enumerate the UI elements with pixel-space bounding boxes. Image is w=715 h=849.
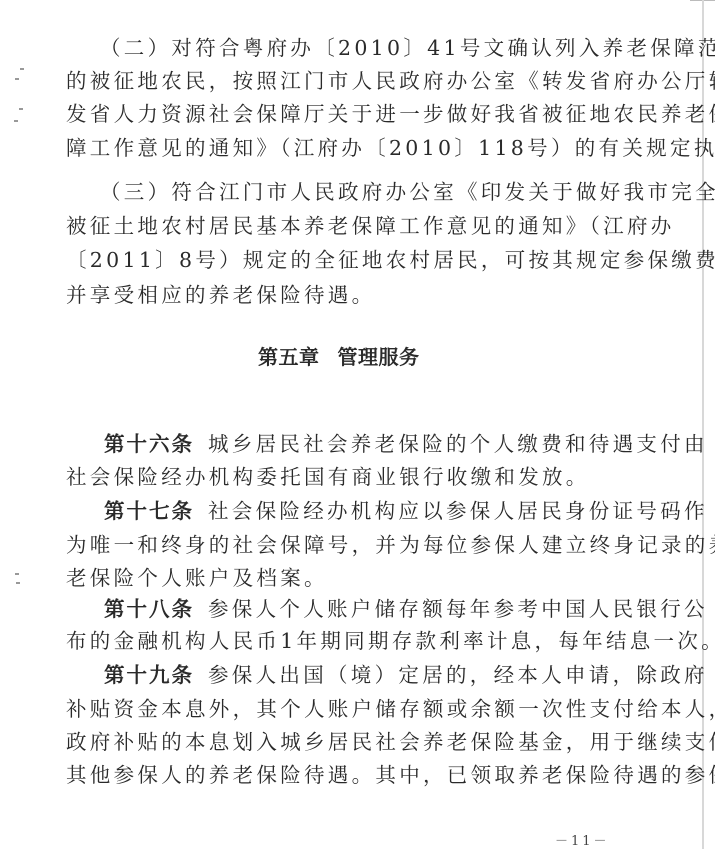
article-17-label: 第十七条 (104, 499, 194, 523)
article-18-line-2: 布的金融机构人民币1年期同期存款利率计息，每年结息一次。 (66, 626, 626, 656)
article-18-label: 第十八条 (104, 597, 194, 621)
scan-mark (15, 78, 19, 80)
paragraph-3-line-3: 〔2011〕8号）规定的全征地农村居民，可按其规定参保缴费， (66, 245, 626, 275)
paragraph-2-line-1: （二）对符合粤府办〔2010〕41号文确认列入养老保障范围 (100, 33, 622, 63)
page-number: －11－ (555, 830, 610, 849)
chapter-title: 管理服务 (338, 345, 420, 369)
article-16-label: 第十六条 (104, 432, 194, 456)
article-19-line-4: 其他参保人的养老保险待遇。其中，已领取养老保险待遇的参保 (66, 760, 626, 790)
scan-mark (15, 573, 19, 575)
scan-mark (16, 582, 20, 584)
article-19-text: 参保人出国（境）定居的，经本人申请，除政府 (208, 663, 708, 687)
paragraph-2-line-2: 的被征地农民，按照江门市人民政府办公室《转发省府办公厅转 (66, 66, 626, 96)
article-19-line-1: 第十九条参保人出国（境）定居的，经本人申请，除政府 (104, 660, 626, 690)
paragraph-3-line-1: （三）符合江门市人民政府办公室《印发关于做好我市完全 (100, 177, 622, 207)
article-17-line-3: 老保险个人账户及档案。 (66, 563, 626, 593)
chapter-number: 第五章 (258, 345, 320, 369)
article-17-line-1: 第十七条社会保险经办机构应以参保人居民身份证号码作 (104, 496, 626, 526)
article-18-line-1: 第十八条参保人个人账户储存额每年参考中国人民银行公 (104, 594, 626, 624)
article-18-text: 参保人个人账户储存额每年参考中国人民银行公 (208, 597, 708, 621)
article-17-text: 社会保险经办机构应以参保人居民身份证号码作 (208, 499, 708, 523)
paragraph-2-line-4: 障工作意见的通知》（江府办〔2010〕118号）的有关规定执行。 (66, 133, 626, 163)
scan-edge-right (702, 0, 704, 849)
article-16-line-2: 社会保险经办机构委托国有商业银行收缴和发放。 (66, 462, 626, 492)
scan-mark (19, 108, 23, 110)
article-16-text: 城乡居民社会养老保险的个人缴费和待遇支付由 (208, 432, 708, 456)
article-19-line-2: 补贴资金本息外，其个人账户储存额或余额一次性支付给本人， (66, 694, 626, 724)
scan-mark (20, 68, 24, 70)
paragraph-2-line-3: 发省人力资源社会保障厅关于进一步做好我省被征地农民养老保 (66, 99, 626, 129)
chapter-heading: 第五章管理服务 (258, 341, 420, 370)
document-page: （二）对符合粤府办〔2010〕41号文确认列入养老保障范围 的被征地农民，按照江… (0, 0, 715, 849)
article-17-line-2: 为唯一和终身的社会保障号，并为每位参保人建立终身记录的养 (66, 530, 626, 560)
article-19-line-3: 政府补贴的本息划入城乡居民社会养老保险基金，用于继续支付 (66, 727, 626, 757)
article-19-label: 第十九条 (104, 663, 194, 687)
paragraph-3-line-4: 并享受相应的养老保险待遇。 (66, 280, 626, 310)
paragraph-3-line-2: 被征土地农村居民基本养老保障工作意见的通知》（江府办 (66, 211, 626, 241)
scan-mark (14, 120, 18, 122)
article-16-line-1: 第十六条城乡居民社会养老保险的个人缴费和待遇支付由 (104, 429, 626, 459)
